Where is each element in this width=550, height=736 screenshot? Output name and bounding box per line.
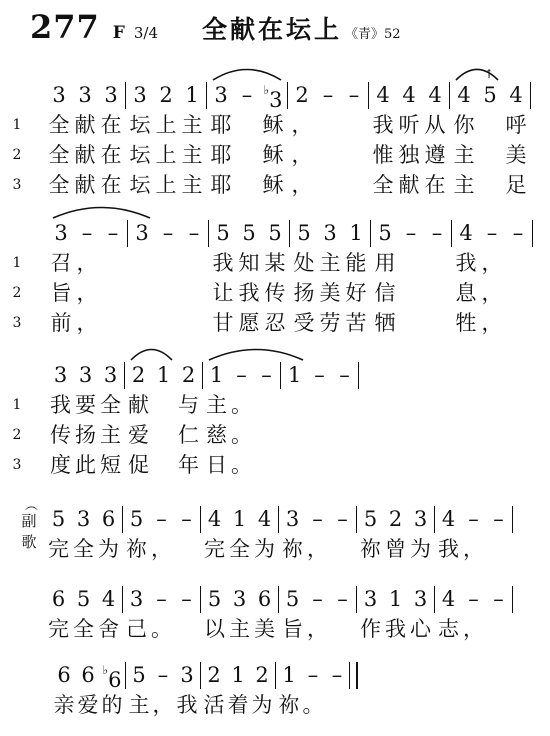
slur-arc: [130, 347, 173, 361]
note: 6: [252, 584, 277, 614]
lyric-line: 完全舍己。以主美旨，作我心志，: [0, 614, 550, 644]
lyric-char: ，: [72, 278, 102, 308]
lyric-line: 3全献在坛上主耶稣，全献在主足: [0, 170, 550, 200]
lyric-char: 苦: [341, 308, 371, 338]
duration-dash: –: [181, 218, 207, 248]
hymn-number: 277: [30, 8, 100, 46]
note: 5: [127, 660, 151, 690]
lyric-char: 忍: [260, 308, 290, 338]
lyric-line: 1我要全献与主。: [0, 390, 550, 420]
note: 5: [202, 584, 227, 614]
duration-dash: –: [325, 660, 349, 690]
note: 3: [408, 504, 433, 534]
lyric-line: 2全献在坛上主耶稣，惟独遵主美: [0, 140, 550, 170]
note: 3: [408, 584, 433, 614]
duration-dash: –: [307, 360, 332, 390]
note: 4: [422, 80, 448, 110]
lyric-char: ，: [147, 534, 177, 564]
lyric-char: ，: [303, 534, 333, 564]
duration-dash: –: [398, 218, 424, 248]
note: 3: [124, 584, 149, 614]
duration-dash: –: [479, 218, 505, 248]
lyric-char: 从: [420, 110, 450, 140]
verse-number: 2: [8, 278, 26, 309]
duration-dash: –: [505, 218, 531, 248]
key-signature: F: [113, 23, 125, 43]
note: 4: [436, 504, 461, 534]
duration-dash: –: [149, 584, 174, 614]
duration-dash: –: [461, 504, 486, 534]
lyric-char: 献: [124, 390, 154, 420]
note: 3: [227, 584, 252, 614]
note: 3: [73, 360, 98, 390]
verse-number: 1: [8, 390, 26, 421]
barline: [532, 220, 534, 247]
duration-dash: –: [315, 80, 341, 110]
duration-dash: –: [330, 504, 355, 534]
lyric-line: 1全献在坛上主耶稣，我听从你呼: [0, 110, 550, 140]
hymn-sheet-page: 277 F 3/4 全献在坛上 《青》52 3333213–♭32––44445…: [0, 0, 550, 736]
duration-dash: –: [461, 584, 486, 614]
note: 1: [282, 360, 307, 390]
note: 4: [96, 584, 121, 614]
lyric-line: 3前，甘愿忍受劳苦牺牲，: [0, 308, 550, 338]
note: 3: [358, 584, 383, 614]
note: 3: [71, 504, 96, 534]
note: 6: [46, 584, 71, 614]
lyric-char: 耶: [206, 110, 236, 140]
note: 5: [372, 218, 398, 248]
verse-number: 2: [8, 140, 26, 171]
duration-dash: –: [305, 504, 330, 534]
note: 3: [317, 218, 343, 248]
score: 3333213–♭32––444454↑1全献在坛上主耶稣，我听从你呼2全献在坛…: [0, 54, 550, 720]
lyric-char: 主: [177, 110, 207, 140]
note: 5: [358, 504, 383, 534]
note: 2: [153, 80, 179, 110]
note: 6: [52, 660, 76, 690]
duration-dash: –: [174, 504, 199, 534]
duration-dash: –: [330, 584, 355, 614]
note: 3: [48, 360, 73, 390]
lyric-line: 亲爱的主，我活着为祢。: [0, 690, 550, 720]
note: 4: [396, 80, 422, 110]
duration-dash: –: [234, 80, 260, 110]
lyric-char: 能: [341, 248, 371, 278]
lyric-char: 牺: [370, 308, 400, 338]
lyric-char: ，: [287, 170, 317, 200]
lyric-char: 传: [260, 278, 290, 308]
lyric-char: ，: [459, 614, 489, 644]
lyric-char: 美: [501, 140, 531, 170]
note: 5: [262, 218, 288, 248]
verse-number: 1: [8, 248, 26, 279]
lyric-char: 某: [260, 248, 290, 278]
note: 3: [127, 80, 153, 110]
lyric-char: 主: [177, 140, 207, 170]
lyric-char: 与: [174, 390, 204, 420]
note: 1: [277, 660, 301, 690]
lyric-char: 的: [97, 690, 127, 720]
refrain-section: （副歌5365––4143––5234––完全为祢，完全为祢，祢曾为我，6543…: [0, 490, 550, 720]
time-signature: 3/4: [134, 24, 158, 42]
duration-dash: –: [174, 584, 199, 614]
lyric-char: 稣: [258, 110, 288, 140]
note: 5: [291, 218, 317, 248]
lyric-char: ，: [287, 110, 317, 140]
duration-dash: –: [100, 218, 126, 248]
duration-dash: –: [155, 218, 181, 248]
note: 1: [383, 584, 408, 614]
note: ♭3: [260, 80, 286, 110]
lyric-line: 2旨，让我传扬美好信息，: [0, 278, 550, 308]
lyric-char: 你: [449, 110, 479, 140]
note: 3: [129, 218, 155, 248]
lyric-char: ，: [477, 308, 507, 338]
lyric-char: 。: [147, 614, 177, 644]
note: 4: [370, 80, 396, 110]
note: 3: [175, 660, 199, 690]
note: 3: [98, 360, 123, 390]
verse-number: 2: [8, 420, 26, 451]
lyric-char: 足: [501, 170, 531, 200]
lyric-char: 。: [227, 390, 257, 420]
note: 2: [202, 660, 226, 690]
note: 3: [208, 80, 234, 110]
verse-number: 3: [8, 170, 26, 201]
note: 3: [72, 80, 98, 110]
note: 1: [179, 80, 205, 110]
flat-sign: ♭: [263, 83, 269, 97]
duration-dash: –: [305, 584, 330, 614]
lyric-char: 年: [174, 450, 204, 480]
note: 5: [124, 504, 149, 534]
slur-arc: [52, 205, 151, 219]
lyric-char: 在: [96, 170, 126, 200]
lyric-char: 为: [94, 534, 124, 564]
note: 5: [477, 80, 503, 110]
note: 2: [176, 360, 201, 390]
lyric-char: 我: [172, 690, 202, 720]
note: 1: [151, 360, 176, 390]
duration-dash: –: [424, 218, 450, 248]
duration-dash: –: [486, 504, 511, 534]
lyric-char: 促: [124, 450, 154, 480]
duration-dash: –: [149, 504, 174, 534]
slur-arc: [212, 67, 282, 81]
lyric-char: 遵: [420, 140, 450, 170]
duration-dash: –: [74, 218, 100, 248]
lyric-char: 为: [247, 690, 277, 720]
note: 5: [210, 218, 236, 248]
lyric-char: 心: [406, 614, 436, 644]
lyric-char: 稣: [258, 170, 288, 200]
final-barline: [349, 662, 358, 689]
note: 5: [236, 218, 262, 248]
lyric-char: 主: [449, 140, 479, 170]
lyric-char: 稣: [258, 140, 288, 170]
music-line: 66♭65–32121––: [0, 644, 550, 690]
barline: [358, 362, 360, 389]
note: 1: [227, 504, 252, 534]
note: 5: [46, 504, 71, 534]
lyric-char: 耶: [206, 140, 236, 170]
header: 277 F 3/4 全献在坛上 《青》52: [0, 0, 550, 50]
lyric-line: 1召，我知某处主能用我，: [0, 248, 550, 278]
lyric-char: ，: [477, 248, 507, 278]
duration-dash: –: [254, 360, 279, 390]
lyric-char: 好: [341, 278, 371, 308]
note: 6: [96, 504, 121, 534]
note: ♭6: [100, 660, 124, 690]
lyric-char: ，: [303, 614, 333, 644]
lyric-line: 3度此短促年日。: [0, 450, 550, 480]
barline: [512, 506, 514, 533]
music-line: 3332121––1––: [0, 338, 550, 390]
duration-dash: –: [332, 360, 357, 390]
note: 4: [436, 584, 461, 614]
lyric-char: 主: [177, 170, 207, 200]
lyric-char: 短: [96, 450, 126, 480]
slur-arc: [208, 347, 304, 361]
lyric-char: 爱: [124, 420, 154, 450]
duration-dash: –: [301, 660, 325, 690]
lyric-char: 全: [96, 390, 126, 420]
barline: [530, 82, 532, 109]
note: 1: [204, 360, 229, 390]
note: 4: [202, 504, 227, 534]
music-line: 6543––5365––3134––: [0, 564, 550, 614]
lyric-char: 在: [420, 170, 450, 200]
note: 2: [383, 504, 408, 534]
lyric-line: 2传扬主爱仁慈。: [0, 420, 550, 450]
note: 4: [451, 80, 477, 110]
note: 1: [226, 660, 250, 690]
verse-number: 3: [8, 308, 26, 339]
lyric-char: 为: [250, 534, 280, 564]
note: 2: [250, 660, 274, 690]
lyric-char: 舍: [94, 614, 124, 644]
verse-number: 1: [8, 110, 26, 141]
lyric-char: ，: [477, 278, 507, 308]
lyric-char: 在: [96, 140, 126, 170]
music-line: 3––3––5555315––4––: [0, 200, 550, 248]
lyric-char: ，: [459, 534, 489, 564]
source-reference: 《青》52: [345, 23, 401, 42]
lyric-char: 。: [227, 420, 257, 450]
lyric-char: ，: [72, 248, 102, 278]
lyric-char: ，: [287, 140, 317, 170]
lyric-char: 为: [406, 534, 436, 564]
note: 2: [126, 360, 151, 390]
lyric-char: ，: [72, 308, 102, 338]
note: 3: [280, 504, 305, 534]
note: 3: [46, 80, 72, 110]
lyric-line: 完全为祢，完全为祢，祢曾为我，: [0, 534, 550, 564]
verse-number: 3: [8, 450, 26, 481]
lyric-char: 在: [96, 110, 126, 140]
up-arrow-mark: ↑: [484, 68, 494, 80]
lyric-char: 信: [370, 278, 400, 308]
note: 2: [289, 80, 315, 110]
note: 3: [48, 218, 74, 248]
lyric-char: 美: [250, 614, 280, 644]
lyric-char: 主: [96, 420, 126, 450]
duration-dash: –: [341, 80, 367, 110]
music-line: 3333213–♭32––444454↑: [0, 54, 550, 110]
lyric-char: 主: [449, 170, 479, 200]
note: 4: [252, 504, 277, 534]
music-line: 5365––4143––5234––: [0, 490, 550, 534]
note: 4: [503, 80, 529, 110]
duration-dash: –: [151, 660, 175, 690]
flat-sign: ♭: [102, 663, 108, 677]
note: 4: [453, 218, 479, 248]
duration-dash: –: [229, 360, 254, 390]
lyric-char: 用: [370, 248, 400, 278]
lyric-char: 仁: [174, 420, 204, 450]
note: 1: [343, 218, 369, 248]
duration-dash: –: [486, 584, 511, 614]
note: 3: [98, 80, 124, 110]
barline: [512, 586, 514, 613]
hymn-title: 全献在坛上: [202, 10, 342, 46]
lyric-char: 呼: [501, 110, 531, 140]
lyric-char: 耶: [206, 170, 236, 200]
note: 6: [76, 660, 100, 690]
note: 5: [280, 584, 305, 614]
lyric-char: 。: [298, 690, 328, 720]
note: 5: [71, 584, 96, 614]
lyric-char: 。: [227, 450, 257, 480]
